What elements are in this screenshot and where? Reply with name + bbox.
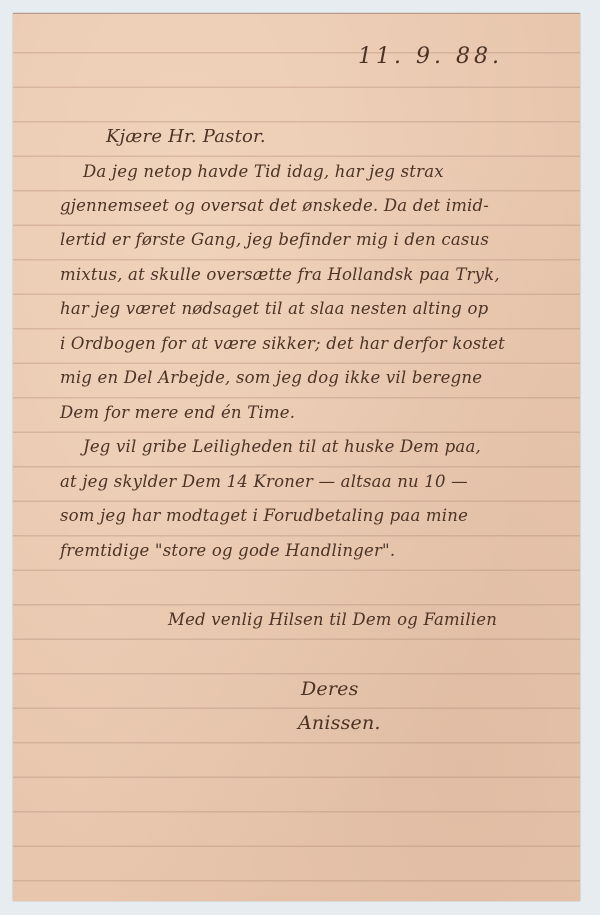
body-line-8: Dem for mere end én Time.	[60, 403, 295, 422]
body-line-12: fremtidige "store og gode Handlinger".	[60, 541, 395, 560]
body-line-1: Da jeg netop havde Tid idag, har jeg str…	[83, 162, 444, 181]
body-line-11: som jeg har modtaget i Forudbetaling paa…	[60, 506, 468, 525]
valediction: Deres	[301, 678, 359, 700]
letter-sheet: 11. 9. 88. Kjære Hr. Pastor. Da jeg neto…	[13, 13, 580, 901]
body-line-9: Jeg vil gribe Leiligheden til at huske D…	[83, 437, 481, 456]
signature: Anissen.	[298, 712, 381, 734]
closing-line: Med venlig Hilsen til Dem og Familien	[168, 610, 497, 629]
body-line-3: lertid er første Gang, jeg befinder mig …	[60, 230, 489, 249]
body-line-6: i Ordbogen for at være sikker; det har d…	[60, 334, 505, 353]
body-line-7: mig en Del Arbejde, som jeg dog ikke vil…	[60, 368, 482, 387]
body-line-5: har jeg været nødsaget til at slaa neste…	[60, 299, 488, 318]
salutation: Kjære Hr. Pastor.	[106, 126, 266, 147]
body-line-10: at jeg skylder Dem 14 Kroner — altsaa nu…	[60, 472, 468, 491]
letter-date: 11. 9. 88.	[358, 44, 503, 69]
body-line-2: gjennemseet og oversat det ønskede. Da d…	[60, 196, 489, 215]
body-line-4: mixtus, at skulle oversætte fra Hollands…	[60, 265, 500, 284]
